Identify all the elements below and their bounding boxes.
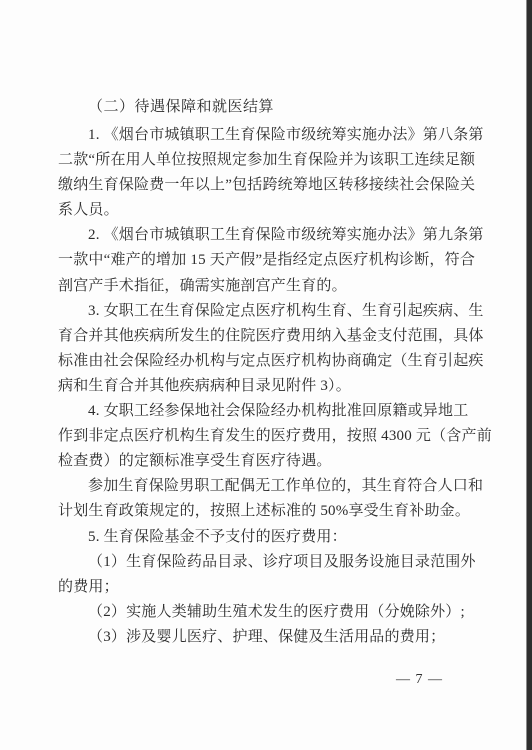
text-line: 缴纳生育保险费一年以上”包括跨统筹地区转移接续社会保险关 — [58, 173, 478, 198]
text-line: 剖宫产手术指征，确需实施剖宫产生育的。 — [58, 274, 478, 299]
document-content: （二）待遇保障和就医结算 1. 《烟台市城镇职工生育保险市级统筹实施办法》第八条… — [58, 95, 478, 650]
text-line: 标准由社会保险经办机构与定点医疗机构协商确定（生育引起疾 — [58, 349, 478, 374]
document-page: （二）待遇保障和就医结算 1. 《烟台市城镇职工生育保险市级统筹实施办法》第八条… — [0, 0, 532, 750]
text-line: 的费用； — [58, 575, 478, 600]
page-number: — 7 — — [396, 672, 443, 688]
text-line: 检查费）的定额标准享受生育医疗待遇。 — [58, 449, 478, 474]
text-line: 3. 女职工在生育保险定点医疗机构生育、生育引起疾病、生 — [58, 299, 478, 324]
text-line: 5. 生育保险基金不予支付的医疗费用： — [58, 525, 478, 550]
text-line: 系人员。 — [58, 198, 478, 223]
text-line: 计划生育政策规定的，按照上述标准的 50%享受生育补助金。 — [58, 499, 478, 524]
text-line: 二款“所在用人单位按照规定参加生育保险并为该职工连续足额 — [58, 148, 478, 173]
text-line: 2. 《烟台市城镇职工生育保险市级统筹实施办法》第九条第 — [58, 223, 478, 248]
text-line: 一款中“难产的增加 15 天产假”是指经定点医疗机构诊断，符合 — [58, 248, 478, 273]
text-line: （2）实施人类辅助生殖术发生的医疗费用（分娩除外）; — [58, 600, 478, 625]
text-line: 参加生育保险男职工配偶无工作单位的，其生育符合人口和 — [58, 474, 478, 499]
text-line: 1. 《烟台市城镇职工生育保险市级统筹实施办法》第八条第 — [58, 123, 478, 148]
document-body: 1. 《烟台市城镇职工生育保险市级统筹实施办法》第八条第二款“所在用人单位按照规… — [58, 123, 478, 650]
text-line: 作到非定点医疗机构生育发生的医疗费用，按照 4300 元（含产前 — [58, 424, 478, 449]
scan-edge-right — [526, 0, 532, 750]
section-heading: （二）待遇保障和就医结算 — [58, 95, 478, 120]
text-line: 4. 女职工经参保地社会保险经办机构批准回原籍或异地工 — [58, 399, 478, 424]
text-line: 病和生育合并其他疾病病种目录见附件 3）。 — [58, 374, 478, 399]
text-line: （3）涉及婴儿医疗、护理、保健及生活用品的费用； — [58, 625, 478, 650]
text-line: 育合并其他疾病所发生的住院医疗费用纳入基金支付范围，具体 — [58, 324, 478, 349]
text-line: （1）生育保险药品目录、诊疗项目及服务设施目录范围外 — [58, 550, 478, 575]
